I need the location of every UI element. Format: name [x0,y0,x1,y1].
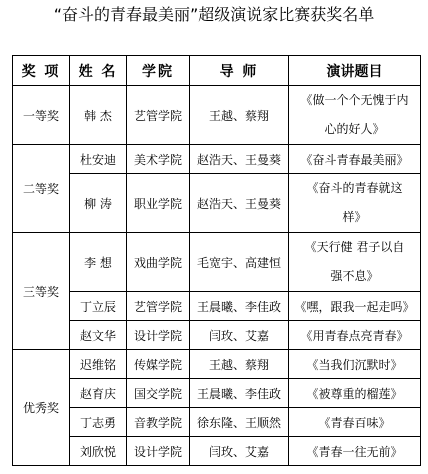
topic-cell: 《青春一往无前》 [289,437,421,466]
topic-line: 心的好人》 [289,115,420,144]
header-name: 姓 名 [70,56,127,86]
table-header-row: 奖 项 姓 名 学院 导 师 演讲题目 [13,56,421,86]
award-cell: 一等奖 [13,86,70,145]
table-row: 丁立辰 艺管学院 王晨曦、李佳政 《嘿，跟我一起走吗》 [13,292,421,321]
topic-line: 《做一个个无愧于内 [289,86,420,115]
table-row: 优秀奖 迟维铭 传媒学院 王越、蔡翔 《当我们沉默时》 [13,350,421,379]
topic-cell: 《奋斗的青春就这 样》 [289,174,421,233]
topic-cell: 《嘿，跟我一起走吗》 [289,292,421,321]
college-cell: 设计学院 [127,321,190,350]
mentor-cell: 王晨曦、李佳政 [190,292,289,321]
topic-cell: 《天行健 君子以自 强不息》 [289,233,421,292]
topic-line: 样》 [289,203,420,232]
document-title: “奋斗的青春最美丽”超级演说家比赛获奖名单 [0,5,428,25]
header-award: 奖 项 [13,56,70,86]
topic-cell: 《用青春点亮青春》 [289,321,421,350]
college-cell: 美术学院 [127,145,190,174]
college-cell: 音教学院 [127,408,190,437]
topic-line: 《奋斗的青春就这 [289,174,420,203]
table-row: 赵育庆 国交学院 王晨曦、李佳政 《被尊重的榴莲》 [13,379,421,408]
name-cell: 韩 杰 [70,86,127,145]
table-row: 三等奖 李 想 戏曲学院 毛宽宇、高建恒 《天行健 君子以自 强不息》 [13,233,421,292]
topic-cell: 《当我们沉默时》 [289,350,421,379]
mentor-cell: 闫玫、艾嘉 [190,321,289,350]
table-row: 丁志勇 音教学院 徐东隆、王顺然 《青春百味》 [13,408,421,437]
name-cell: 丁立辰 [70,292,127,321]
name-cell: 杜安迪 [70,145,127,174]
mentor-cell: 闫玫、艾嘉 [190,437,289,466]
topic-cell: 《青春百味》 [289,408,421,437]
mentor-cell: 赵浩天、王曼葵 [190,174,289,233]
table-row: 柳 涛 职业学院 赵浩天、王曼葵 《奋斗的青春就这 样》 [13,174,421,233]
table-row: 一等奖 韩 杰 艺管学院 王越、蔡翔 《做一个个无愧于内 心的好人》 [13,86,421,145]
award-cell: 优秀奖 [13,350,70,466]
college-cell: 戏曲学院 [127,233,190,292]
header-topic: 演讲题目 [289,56,421,86]
college-cell: 传媒学院 [127,350,190,379]
name-cell: 丁志勇 [70,408,127,437]
awards-table: 奖 项 姓 名 学院 导 师 演讲题目 一等奖 韩 杰 艺管学院 王越、蔡翔 《… [12,55,421,466]
name-cell: 赵文华 [70,321,127,350]
topic-line: 《天行健 君子以自 [289,233,420,262]
topic-line: 强不息》 [289,262,420,291]
college-cell: 国交学院 [127,379,190,408]
college-cell: 艺管学院 [127,86,190,145]
college-cell: 职业学院 [127,174,190,233]
name-cell: 刘欣悦 [70,437,127,466]
college-cell: 艺管学院 [127,292,190,321]
college-cell: 设计学院 [127,437,190,466]
name-cell: 李 想 [70,233,127,292]
table-row: 刘欣悦 设计学院 闫玫、艾嘉 《青春一往无前》 [13,437,421,466]
mentor-cell: 赵浩天、王曼葵 [190,145,289,174]
mentor-cell: 王晨曦、李佳政 [190,379,289,408]
mentor-cell: 毛宽宇、高建恒 [190,233,289,292]
table-row: 二等奖 杜安迪 美术学院 赵浩天、王曼葵 《奋斗青春最美丽》 [13,145,421,174]
header-college: 学院 [127,56,190,86]
name-cell: 赵育庆 [70,379,127,408]
topic-cell: 《做一个个无愧于内 心的好人》 [289,86,421,145]
table-row: 赵文华 设计学院 闫玫、艾嘉 《用青春点亮青春》 [13,321,421,350]
mentor-cell: 王越、蔡翔 [190,350,289,379]
name-cell: 迟维铭 [70,350,127,379]
name-cell: 柳 涛 [70,174,127,233]
mentor-cell: 徐东隆、王顺然 [190,408,289,437]
mentor-cell: 王越、蔡翔 [190,86,289,145]
award-cell: 二等奖 [13,145,70,233]
topic-cell: 《被尊重的榴莲》 [289,379,421,408]
topic-cell: 《奋斗青春最美丽》 [289,145,421,174]
award-cell: 三等奖 [13,233,70,350]
header-mentor: 导 师 [190,56,289,86]
